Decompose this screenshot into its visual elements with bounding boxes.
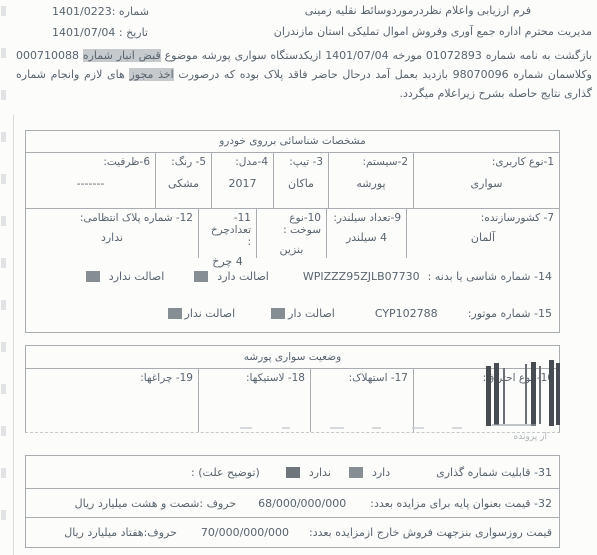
authentic-no-checkbox <box>168 308 182 319</box>
cell-manufacturer-country: 7- کشورسازنده: آلمان <box>407 209 559 258</box>
cell-value: آلمان <box>412 231 554 244</box>
cell-usage-type: 1-نوع کاربری: سواری <box>414 153 559 208</box>
pen-bar <box>503 368 505 424</box>
cell-label: 12- شماره پلاک انتظامی: <box>31 212 193 224</box>
cell-label: 18- لاستیکها: <box>204 372 305 384</box>
explanation-label: (توضیح علت) : <box>191 466 260 479</box>
authentic-no-label: اصالت ندار <box>185 307 236 320</box>
pen-bar <box>531 362 536 426</box>
cell-fuel-type: 10-نوع سوخت : بنزین <box>257 209 327 258</box>
no-checkbox <box>286 467 300 478</box>
spec-table-title: مشخصات شناسائی برروی خودرو <box>26 131 559 153</box>
cell-label: 9-تعداد سیلندر: <box>332 212 401 224</box>
cell-model-year: 4-مدل: 2017 <box>212 153 274 208</box>
condition-header-row: 16- نوع احتراق: 17- استهلاک: 18- لاستیکه… <box>26 369 559 432</box>
page-edge-line <box>13 115 14 555</box>
spec-row-primary: 1-نوع کاربری: سواری 2-سیستم: پورشه 3- تی… <box>26 153 559 208</box>
cell-label: 3- تیپ: <box>279 156 323 168</box>
day-price-label: قیمت روزسواری بنزجهت فروش خارج ازمزایده … <box>309 526 552 539</box>
cell-value: ------- <box>31 177 150 190</box>
chassis-number-value: WPIZZZ95ZJLB07730 <box>303 270 420 283</box>
cell-label: 6-ظرفیت: <box>31 156 150 168</box>
cell-depreciation: 17- استهلاک: <box>311 369 414 432</box>
faint-mark <box>412 427 424 429</box>
engine-label: 15- شماره موتور: <box>468 307 552 320</box>
intro-paragraph: بازگشت به نامه شماره 01072893 مورخه 1401… <box>16 46 592 103</box>
has-yes-label: دارد <box>372 466 390 479</box>
authentic-no-label: اصالت ندارد <box>109 270 165 283</box>
pen-mark-bars <box>486 360 566 432</box>
cell-label: 19- چراغها: <box>31 372 193 384</box>
cell-trim-type: 3- تیپ: ماکان <box>274 153 329 208</box>
cell-label: 1-نوع کاربری: <box>419 156 554 168</box>
addressee-line: مدیریت محترم اداره جمع آوری وفروش اموال … <box>274 25 592 38</box>
spec-row-secondary: 7- کشورسازنده: آلمان 9-تعداد سیلندر: 4 س… <box>26 208 559 258</box>
cell-cylinder-count: 9-تعداد سیلندر: 4 سیلندر <box>327 209 407 258</box>
pen-bar <box>556 363 560 425</box>
cell-value: ندارد <box>31 231 193 244</box>
cell-value: ماکان <box>279 177 323 190</box>
cell-system: 2-سیستم: پورشه <box>329 153 414 208</box>
faint-mark <box>372 427 381 429</box>
pen-scribble <box>492 424 536 426</box>
faint-mark <box>240 427 252 429</box>
pen-bar <box>539 366 541 424</box>
cell-wheel-count: 11-تعدادچرخ : 4 چرخ <box>199 209 257 258</box>
cell-label: 11-تعدادچرخ : <box>204 212 251 248</box>
yes-checkbox <box>349 467 363 478</box>
faint-mark <box>282 427 290 429</box>
cell-label: 2-سیستم: <box>334 156 408 168</box>
condition-table-title: وضعیت سواری پورشه <box>26 346 559 369</box>
base-price-amount: 68/000/000/000 <box>258 497 346 510</box>
chassis-number-row: 14- شماره شاسی یا بدنه : WPIZZZ95ZJLB077… <box>26 258 559 295</box>
authentic-no-checkbox <box>86 271 100 282</box>
form-date: تاریخ : 1401/07/04 <box>52 26 148 39</box>
cell-label: 7- کشورسازنده: <box>412 212 554 224</box>
pen-bar <box>549 360 554 426</box>
cell-value: بنزین <box>262 243 321 256</box>
cell-value: 4 سیلندر <box>332 231 401 244</box>
has-no-label: ندارد <box>309 466 331 479</box>
vehicle-condition-table: وضعیت سواری پورشه 16- نوع احتراق: 17- اس… <box>25 345 560 433</box>
cell-value: مشکی <box>161 177 206 190</box>
faint-mark <box>452 427 462 429</box>
engine-number-row: 15- شماره موتور: CYP102788 اصالت دار اصا… <box>26 295 559 332</box>
cell-lights: 19- چراغها: <box>26 369 199 432</box>
base-price-words: حروف :شصت و هشت میلیارد ریال <box>75 497 237 510</box>
cell-police-plate-number: 12- شماره پلاک انتظامی: ندارد <box>26 209 199 258</box>
highlighted-phrase: قبض انبار شماره <box>83 49 161 62</box>
registrability-label: 31- قابلیت شماره گذاری <box>436 466 552 479</box>
vehicle-spec-table: مشخصات شناسائی برروی خودرو 1-نوع کاربری:… <box>25 130 560 333</box>
handwriting-note: از پرونده <box>514 432 547 442</box>
cell-value: پورشه <box>334 177 408 190</box>
form-number: شماره :1401/0223 <box>52 5 149 18</box>
highlighted-phrase: اخذ مجوز <box>129 68 173 81</box>
authentic-yes-label: اصالت دار <box>288 307 335 320</box>
form-title: فرم ارزیابی واعلام نظردرموردوسائط نقلیه … <box>305 4 531 17</box>
paragraph-text: بازگشت به نامه شماره 01072893 مورخه 1401… <box>161 49 592 62</box>
cell-capacity: 6-ظرفیت: ------- <box>26 153 156 208</box>
base-price-row: 32- قیمت بعنوان پایه برای مزایده بعدد: 6… <box>26 488 559 517</box>
engine-number-value: CYP102788 <box>375 307 438 320</box>
scan-edge-artifact <box>1 6 6 551</box>
chassis-label: 14- شماره شاسی یا بدنه : <box>428 270 552 283</box>
cell-color: 5- رنگ: مشکی <box>156 153 212 208</box>
faint-mark <box>330 427 344 429</box>
authentic-yes-checkbox <box>194 271 208 282</box>
registrability-row: 31- قابلیت شماره گذاری دارد ندارد (توضیح… <box>26 456 559 488</box>
authentic-yes-checkbox <box>271 308 285 319</box>
cell-label: 5- رنگ: <box>161 156 206 168</box>
base-price-label: 32- قیمت بعنوان پایه برای مزایده بعدد: <box>370 497 552 510</box>
pen-bar <box>525 364 527 424</box>
day-price-row: قیمت روزسواری بنزجهت فروش خارج ازمزایده … <box>26 517 559 547</box>
day-price-words: حروف:هفتاد میلیارد ریال <box>64 526 177 539</box>
cell-value: 4 چرخ <box>204 255 251 268</box>
cell-tires: 18- لاستیکها: <box>199 369 311 432</box>
authentic-yes-label: اصالت دارد <box>217 270 269 283</box>
scanned-form-page: فرم ارزیابی واعلام نظردرموردوسائط نقلیه … <box>0 0 597 555</box>
pen-bar <box>486 366 491 426</box>
cell-value: سواری <box>419 177 554 190</box>
pen-bar <box>494 363 499 425</box>
cell-label: 10-نوع سوخت : <box>262 212 321 236</box>
day-price-amount: 70/000/000/000 <box>201 526 289 539</box>
pricing-table: 31- قابلیت شماره گذاری دارد ندارد (توضیح… <box>25 455 560 548</box>
cell-label: 4-مدل: <box>217 156 268 168</box>
cell-label: 17- استهلاک: <box>316 372 408 384</box>
cell-value: 2017 <box>217 177 268 190</box>
